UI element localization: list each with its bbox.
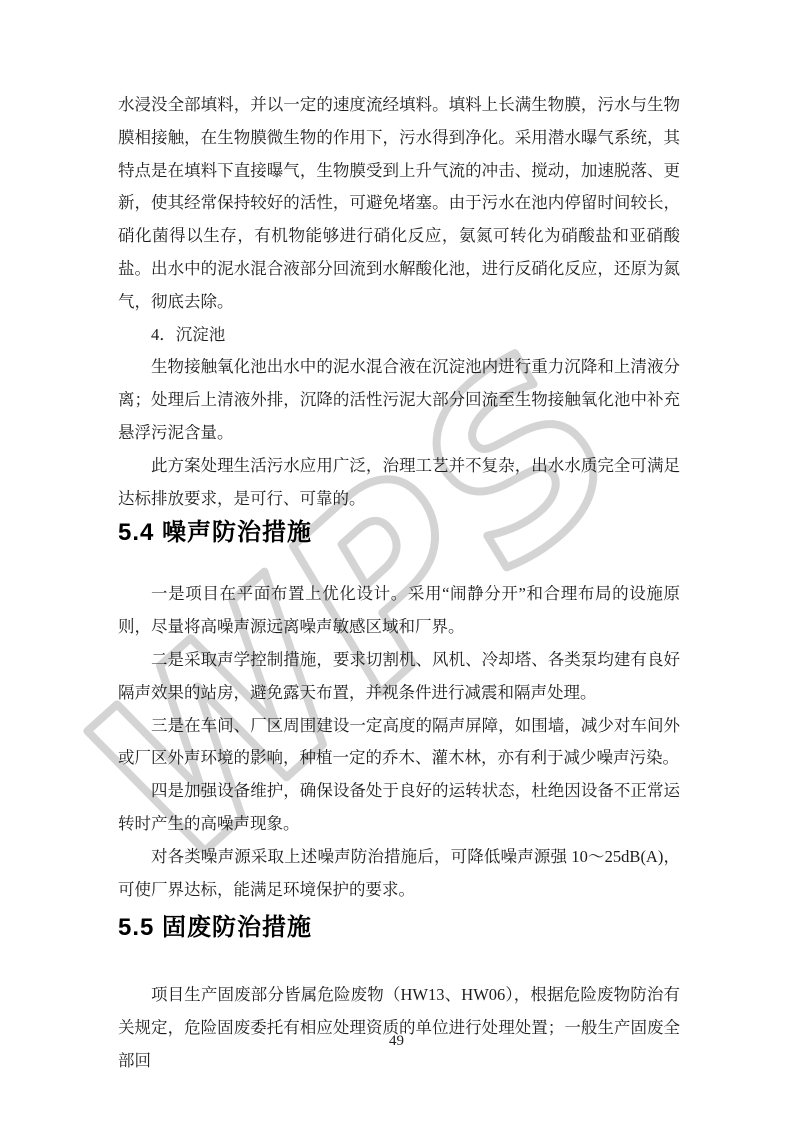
body-paragraph: 项目生产固废部分皆属危险废物（HW13、HW06），根据危险废物防治有关规定，危… (118, 979, 680, 1077)
page-footer: 49 (0, 1031, 793, 1051)
body-paragraph: 对各类噪声源采取上述噪声防治措施后，可降低噪声源强 10～25dB(A)，可使厂… (118, 841, 680, 907)
section-heading-5-5-solid-waste-control: 5.5 固废防治措施 (118, 913, 680, 943)
body-paragraph: 此方案处理生活污水应用广泛，治理工艺并不复杂，出水水质完全可满足达标排放要求，是… (118, 450, 680, 516)
body-paragraph-continuation: 水浸没全部填料，并以一定的速度流经填料。填料上长满生物膜，污水与生物膜相接触，在… (118, 89, 680, 319)
document-body: 水浸没全部填料，并以一定的速度流经填料。填料上长满生物膜，污水与生物膜相接触，在… (118, 89, 680, 1078)
section-heading-5-4-noise-control: 5.4 噪声防治措施 (118, 518, 680, 548)
body-paragraph: 四是加强设备维护，确保设备处于良好的运转状态，杜绝因设备不正常运转时产生的高噪声… (118, 775, 680, 841)
body-paragraph: 二是采取声学控制措施，要求切割机、风机、冷却塔、各类泵均建有良好隔声效果的站房，… (118, 644, 680, 710)
list-item-sedimentation-tank: 4．沉淀池 (118, 319, 680, 352)
body-paragraph: 生物接触氧化池出水中的泥水混合液在沉淀池内进行重力沉降和上清液分离；处理后上清液… (118, 351, 680, 449)
body-paragraph: 三是在车间、厂区周围建设一定高度的隔声屏障，如围墙，减少对车间外或厂区外声环境的… (118, 710, 680, 776)
body-paragraph: 一是项目在平面布置上优化设计。采用“闹静分开”和合理布局的设施原则，尽量将高噪声… (118, 578, 680, 644)
page-number: 49 (389, 1033, 404, 1049)
document-page: WPS 水浸没全部填料，并以一定的速度流经填料。填料上长满生物膜，污水与生物膜相… (0, 0, 793, 1122)
